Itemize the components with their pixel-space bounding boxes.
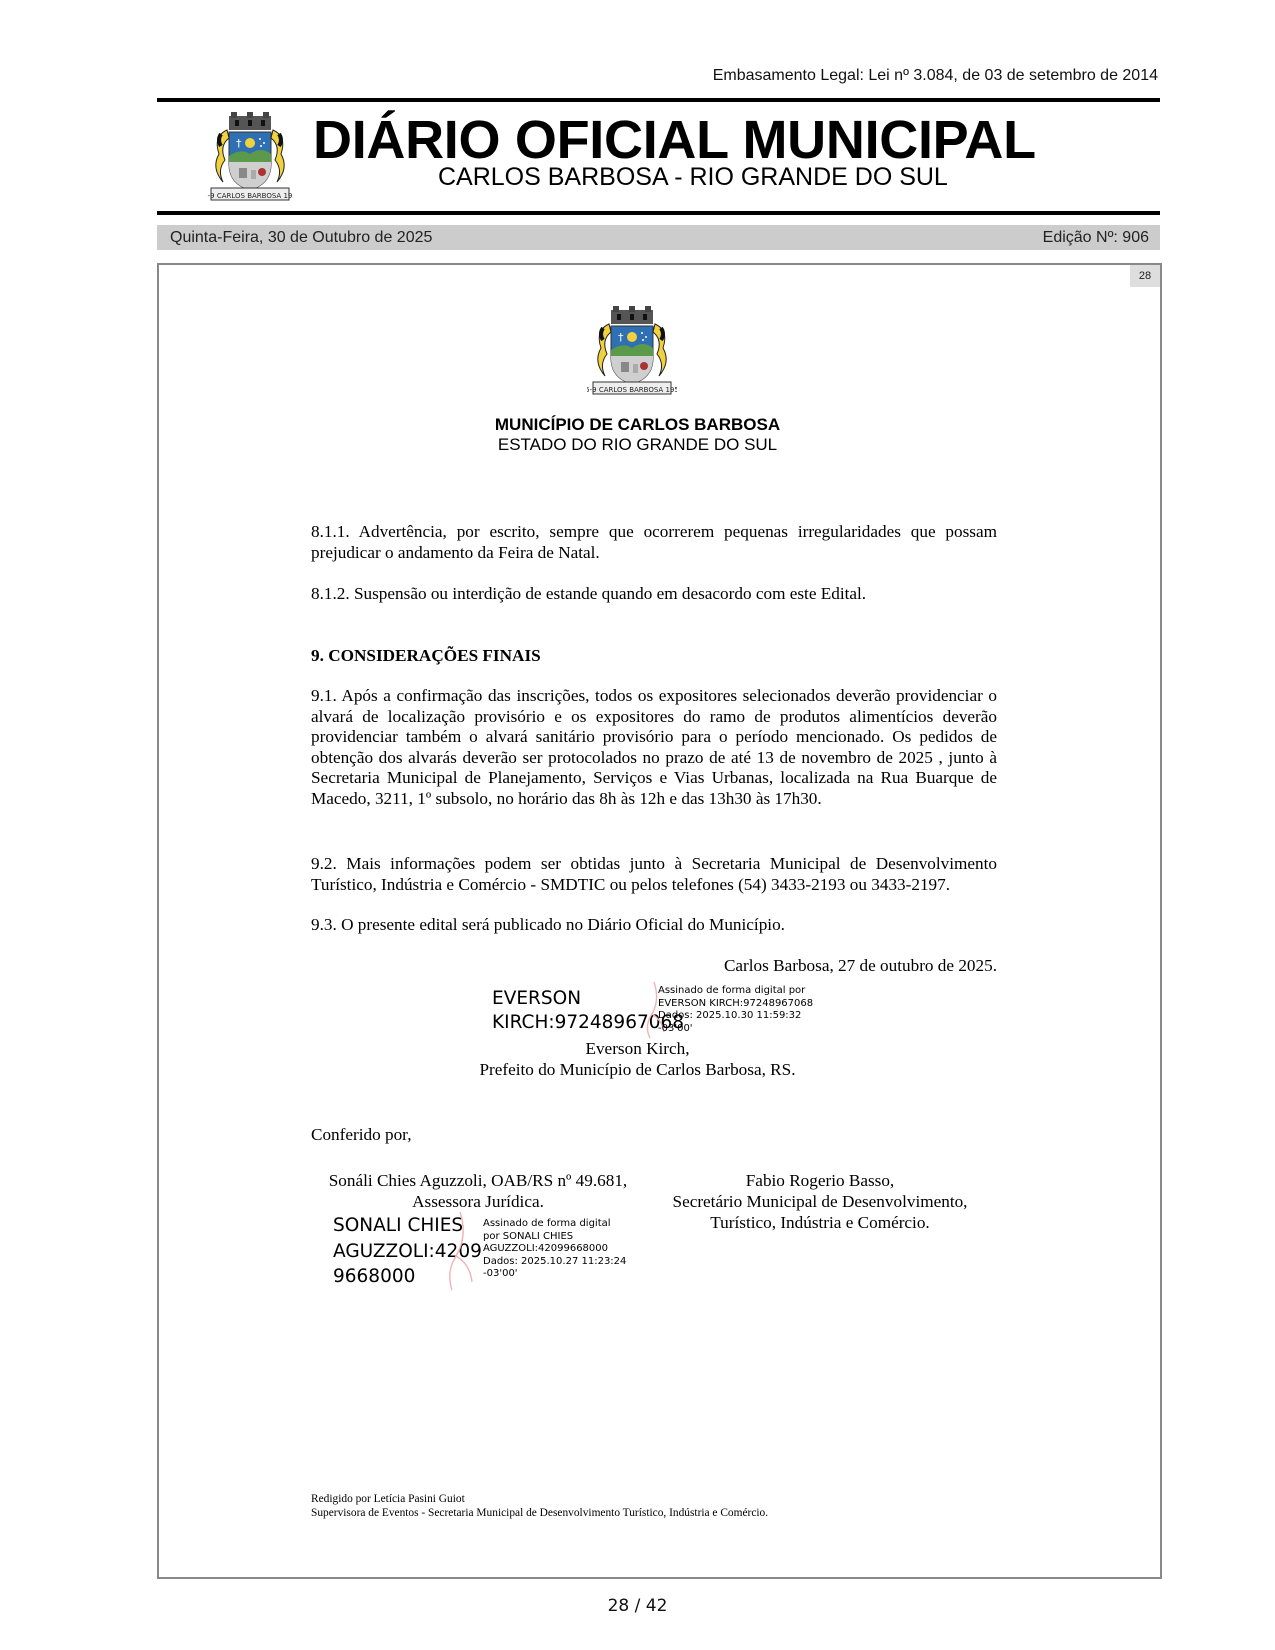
drafted-by-role: Supervisora de Eventos - Secretaria Muni…: [311, 1507, 768, 1521]
header-top-rule: [157, 98, 1160, 102]
letterhead-state: ESTADO DO RIO GRANDE DO SUL: [0, 435, 1275, 455]
signature-detail-line: Assinado de forma digital: [483, 1218, 626, 1231]
paragraph-8-1-1: 8.1.1. Advertência, por escrito, sempre …: [311, 522, 997, 563]
legal-basis-text: Embasamento Legal: Lei nº 3.084, de 03 d…: [713, 67, 1158, 85]
signature-detail-line: EVERSON KIRCH:97248967068: [658, 998, 813, 1011]
signature-detail-line: -03'00': [658, 1023, 813, 1036]
drafted-by-note: Redigido por Letícia Pasini Guiot Superv…: [311, 1493, 768, 1520]
paragraph-8-1-2: 8.1.2. Suspensão ou interdição de estand…: [311, 584, 997, 605]
publication-subtitle: CARLOS BARBOSA - RIO GRANDE DO SUL: [438, 163, 948, 191]
reviewed-by-label: Conferido por,: [311, 1125, 412, 1145]
svg-text:25-9 CARLOS BARBOSA 1959: 25-9 CARLOS BARBOSA 1959: [587, 386, 677, 394]
edition-date: Quinta-Feira, 30 de Outubro de 2025: [170, 225, 432, 250]
place-and-date: Carlos Barbosa, 27 de outubro de 2025.: [500, 956, 997, 976]
signature-detail-line: Dados: 2025.10.27 11:23:24: [483, 1256, 626, 1269]
paragraph-9-3: 9.3. O presente edital será publicado no…: [311, 915, 997, 936]
svg-text:25-9 CARLOS BARBOSA 1959: 25-9 CARLOS BARBOSA 1959: [207, 192, 293, 200]
svg-text:†: †: [618, 331, 624, 344]
legal-advisor-role: Assessora Jurídica.: [318, 1191, 638, 1212]
secretary-role: Turístico, Indústria e Comércio.: [660, 1212, 980, 1233]
mayor-signature-details: Assinado de forma digital por EVERSON KI…: [658, 985, 813, 1035]
header-bottom-rule: [157, 211, 1160, 215]
section-9-heading: 9. CONSIDERAÇÕES FINAIS: [311, 646, 997, 667]
digital-signature-mark-icon: [440, 1210, 474, 1292]
svg-text:†: †: [236, 137, 242, 150]
secretary-role: Secretário Municipal de Desenvolvimento,: [660, 1191, 980, 1212]
edition-number: Edição Nº: 906: [1043, 225, 1149, 250]
edition-date-bar: Quinta-Feira, 30 de Outubro de 2025 Ediç…: [157, 225, 1160, 250]
page-number-badge: 28: [1130, 265, 1160, 287]
secretary-name: Fabio Rogerio Basso,: [660, 1170, 980, 1191]
signature-detail-line: AGUZZOLI:42099668000: [483, 1243, 626, 1256]
page-counter: 28 / 42: [0, 1596, 1275, 1616]
paragraph-9-1: 9.1. Após a confirmação das inscrições, …: [311, 686, 997, 809]
mayor-role: Prefeito do Município de Carlos Barbosa,…: [0, 1060, 1275, 1080]
signature-detail-line: Assinado de forma digital por: [658, 985, 813, 998]
letterhead-municipality: MUNICÍPIO DE CARLOS BARBOSA: [0, 415, 1275, 435]
paragraph-9-2: 9.2. Mais informações podem ser obtidas …: [311, 854, 997, 895]
signature-detail-line: por SONALI CHIES: [483, 1231, 626, 1244]
secretary-block: Fabio Rogerio Basso, Secretário Municipa…: [660, 1170, 980, 1233]
legal-advisor-block: Sonáli Chies Aguzzoli, OAB/RS nº 49.681,…: [318, 1170, 638, 1212]
signature-detail-line: Dados: 2025.10.30 11:59:32: [658, 1010, 813, 1023]
coat-of-arms-icon: † 25-9 CARLOS BARBOSA 1959: [207, 112, 293, 204]
advisor-signature-details: Assinado de forma digital por SONALI CHI…: [483, 1218, 626, 1281]
publication-title: DIÁRIO OFICIAL MUNICIPAL: [313, 110, 1036, 170]
signature-detail-line: -03'00': [483, 1268, 626, 1281]
mayor-name: Everson Kirch,: [0, 1039, 1275, 1059]
legal-advisor-name: Sonáli Chies Aguzzoli, OAB/RS nº 49.681,: [318, 1170, 638, 1191]
coat-of-arms-icon: † 25-9 CARLOS BARBOSA 1959: [587, 306, 677, 398]
drafted-by-name: Redigido por Letícia Pasini Guiot: [311, 1493, 768, 1507]
